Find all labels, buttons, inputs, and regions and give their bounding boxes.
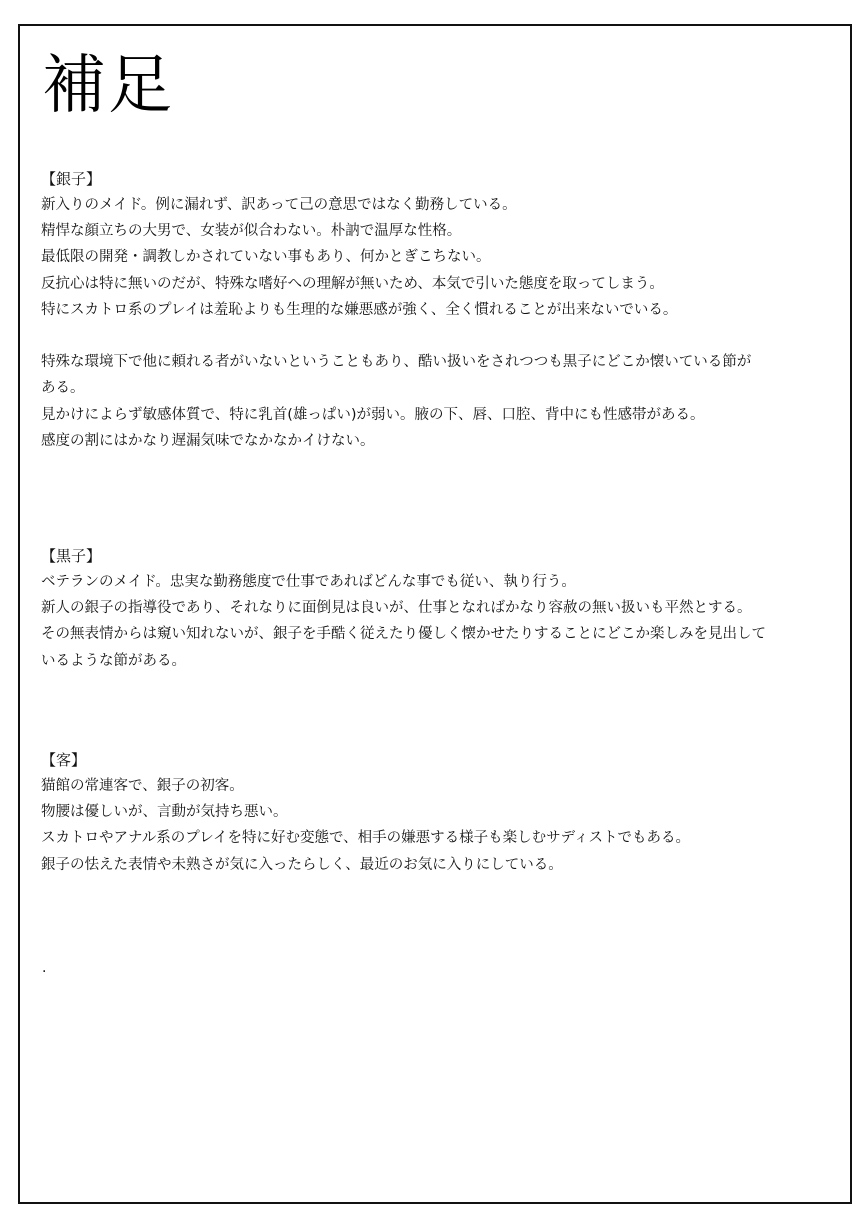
body-line: 特殊な環境下で他に頼れる者がいないということもあり、酷い扱いをされつつも黒子にど… — [41, 349, 831, 375]
body-line: その無表情からは窺い知れないが、銀子を手酷く従えたり優しく懐かせたりすることにど… — [41, 621, 831, 647]
section-ginko: 【銀子】 新入りのメイド。例に漏れず、訳あって己の意思ではなく勤務している。 精… — [41, 166, 831, 454]
body-line: スカトロやアナル系のプレイを特に好む変態で、相手の嫌悪する様子も楽しむサディスト… — [41, 825, 831, 851]
body-line: 猫館の常連客で、銀子の初客。 — [41, 773, 831, 799]
body-line: ベテランのメイド。忠実な勤務態度で仕事であればどんな事でも従い、執り行う。 — [41, 569, 831, 595]
body-line: 精悍な顔立ちの大男で、女装が似合わない。朴訥で温厚な性格。 — [41, 218, 831, 244]
body-line: 新入りのメイド。例に漏れず、訳あって己の意思ではなく勤務している。 — [41, 192, 831, 218]
section-kuroko: 【黒子】 ベテランのメイド。忠実な勤務態度で仕事であればどんな事でも従い、執り行… — [41, 543, 831, 674]
section-customer: 【客】 猫館の常連客で、銀子の初客。 物腰は優しいが、言動が気持ち悪い。 スカト… — [41, 747, 831, 878]
body-line: 感度の割にはかなり遅漏気味でなかなかイけない。 — [41, 428, 831, 454]
end-mark: . — [42, 958, 46, 978]
body-line: 新人の銀子の指導役であり、それなりに面倒見は良いが、仕事となればかなり容赦の無い… — [41, 595, 831, 621]
blank-line — [41, 323, 831, 349]
section-header: 【客】 — [41, 747, 831, 773]
body-line: 特にスカトロ系のプレイは羞恥よりも生理的な嫌悪感が強く、全く慣れることが出来ない… — [41, 297, 831, 323]
body-line: 反抗心は特に無いのだが、特殊な嗜好への理解が無いため、本気で引いた態度を取ってし… — [41, 271, 831, 297]
body-line: 物腰は優しいが、言動が気持ち悪い。 — [41, 799, 831, 825]
section-header: 【黒子】 — [41, 543, 831, 569]
body-line: ある。 — [41, 375, 831, 401]
section-header: 【銀子】 — [41, 166, 831, 192]
body-line: いるような節がある。 — [41, 648, 831, 674]
body-line: 見かけによらず敏感体質で、特に乳首(雄っぱい)が弱い。腋の下、唇、口腔、背中にも… — [41, 402, 831, 428]
body-line: 最低限の開発・調教しかされていない事もあり、何かとぎこちない。 — [41, 244, 831, 270]
page-title: 補足 — [42, 46, 174, 126]
body-line: 銀子の怯えた表情や未熟さが気に入ったらしく、最近のお気に入りにしている。 — [41, 852, 831, 878]
